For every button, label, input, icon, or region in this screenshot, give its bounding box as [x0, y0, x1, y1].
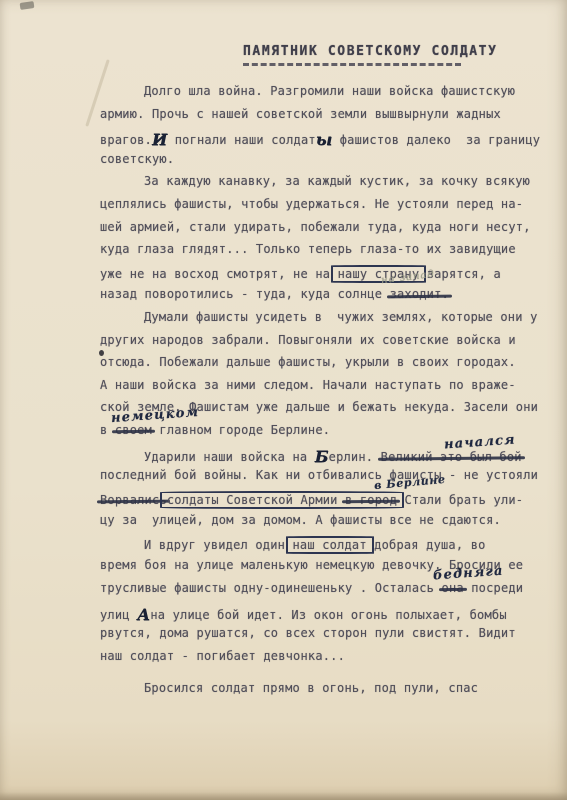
typed-text-segment: трусливые фашисты одну-одинешеньку . Ост…: [100, 581, 442, 595]
typed-text-segment: Долго шла война. Разгромили наши войска …: [144, 84, 515, 98]
typescript-line: шей армией, стали удирать, побежали туда…: [100, 220, 530, 243]
typed-text-segment: шей армией, стали удирать, побежали туда…: [100, 220, 531, 234]
typed-text-segment: Думали фашисты усидеть в чужих землях, к…: [144, 310, 538, 324]
circled-segment: наш солдат: [286, 536, 374, 554]
typed-text-segment: погнали наши солдат: [167, 133, 316, 147]
typed-text-segment: наш солдат - погибает девчонка...: [100, 649, 345, 663]
paragraph: Думали фашисты усидеть в чужих землях, к…: [100, 310, 530, 446]
typescript-line: Думали фашисты усидеть в чужих землях, к…: [100, 310, 530, 333]
typescript-line: цеплялись фашисты, чтобы удержаться. Не …: [100, 197, 530, 220]
edited-fragment: Великий это был бойначался: [381, 450, 522, 464]
typescript-line: трусливые фашисты одну-одинешеньку . Ост…: [100, 581, 530, 604]
typed-text-segment: ерлин.: [329, 450, 381, 464]
typed-text-segment: Ударили наши войска на: [144, 450, 315, 464]
edited-fragment: онабедняга: [442, 581, 464, 595]
typed-text-segment: отсюда. Побежали дальше фашисты, укрыли …: [100, 355, 516, 369]
document-title: ПАМЯТНИК СОВЕТСКОМУ СОЛДАТУ: [243, 44, 498, 59]
edited-fragment: заходит.на запад: [390, 287, 449, 301]
typed-text-segment: армию. Прочь с нашей советской земли выш…: [100, 107, 501, 121]
typescript-line: За каждую канавку, за каждый кустик, за …: [100, 174, 530, 197]
typescript-line: А наши войска за ними следом. Начали нас…: [100, 378, 530, 401]
paragraph: Ударили наши войска на Берлин. Великий э…: [100, 446, 530, 536]
typed-text-segment: других народов забрали. Повыгоняли их со…: [100, 333, 516, 347]
typescript-line: рвутся, дома рушатся, со всех сторон пул…: [100, 626, 530, 649]
document-body: Долго шла война. Разгромили наши войска …: [100, 84, 530, 704]
typed-text-segment: главном городе Берлине.: [152, 423, 330, 437]
typescript-line: Ударили наши войска на Берлин. Великий э…: [100, 446, 530, 469]
typescript-line: куда глаза глядят... Только теперь глаза…: [100, 242, 530, 265]
ink-letter-segment: Б: [315, 447, 329, 466]
typed-text-segment: цу за улицей, дом за домом. А фашисты вс…: [100, 513, 501, 527]
typescript-line: других народов забрали. Повыгоняли их со…: [100, 333, 530, 356]
typescript-line: И вдруг увидел один наш солдат добрая ду…: [100, 536, 530, 559]
ink-letter-segment: ы: [316, 130, 332, 149]
typed-text-segment: цеплялись фашисты, чтобы удержаться. Не …: [100, 197, 523, 211]
typescript-line: Долго шла война. Разгромили наши войска …: [100, 84, 530, 107]
typed-text-segment: И вдруг увидел один: [144, 538, 293, 552]
typescript-line: последний бой войны. Как ни отбивались ф…: [100, 468, 530, 491]
typed-text-segment: рвутся, дома рушатся, со всех сторон пул…: [100, 626, 516, 640]
typescript-line: уже не на восход смотрят, не на нашу стр…: [100, 265, 530, 288]
typed-text-segment: Бросился солдат прямо в огонь, под пули,…: [144, 681, 478, 695]
typed-text-segment: посреди: [464, 581, 523, 595]
ink-letter-segment: И: [152, 130, 167, 149]
struck-segment: она: [442, 581, 464, 595]
typed-text-segment: последний бой войны. Как ни отбивались ф…: [100, 468, 538, 482]
typed-text-segment: уже не на восход смотрят, не на: [100, 267, 338, 281]
title-block: ПАМЯТНИК СОВЕТСКОМУ СОЛДАТУ: [243, 44, 498, 66]
edited-fragment: солдаты Советской Армии в городв Берлине: [167, 491, 397, 509]
circled-segment: солдаты Советской Армии в город: [160, 491, 404, 509]
struck-segment: Ворвались: [100, 493, 167, 507]
title-underline: [243, 63, 461, 66]
typed-text-segment: А наши войска за ними следом. Начали нас…: [100, 378, 516, 392]
typescript-line: назад поворотились - туда, куда солнце з…: [100, 287, 530, 310]
typescript-line: отсюда. Побежали дальше фашисты, укрыли …: [100, 355, 530, 378]
edited-fragment: своемнемецком: [115, 423, 152, 437]
typescript-line: Бросился солдат прямо в огонь, под пули,…: [100, 681, 530, 704]
typed-text-segment: врагов.: [100, 133, 152, 147]
paragraph: И вдруг увидел один наш солдат добрая ду…: [100, 536, 530, 672]
scanned-typescript-page: ПАМЯТНИК СОВЕТСКОМУ СОЛДАТУ Долго шла во…: [0, 0, 567, 800]
typed-text-segment: советскую.: [100, 152, 174, 166]
pencil-corner-mark: [20, 1, 35, 10]
typed-text-segment: назад поворотились - туда, куда солнце: [100, 287, 390, 301]
typed-text-segment: солдаты Советской Армии: [167, 493, 345, 507]
typescript-line: советскую.: [100, 152, 530, 175]
typed-text-segment: За каждую канавку, за каждый кустик, за …: [144, 174, 530, 188]
typescript-line: улиц Ана улице бой идет. Из окон огонь п…: [100, 604, 530, 627]
typed-text-segment: улиц: [100, 608, 137, 622]
paragraph: Долго шла война. Разгромили наши войска …: [100, 84, 530, 174]
typed-text-segment: фашистов далеко за границу: [332, 133, 540, 147]
typescript-line: армию. Прочь с нашей советской земли выш…: [100, 107, 530, 130]
typed-text-segment: на улице бой идет. Из окон огонь полыхае…: [150, 608, 506, 622]
paragraph: За каждую канавку, за каждый кустик, за …: [100, 174, 530, 310]
struck-segment: в город: [345, 493, 397, 507]
typed-text-segment: куда глаза глядят... Только теперь глаза…: [100, 242, 516, 256]
typed-text-segment: Стали брать ули-: [397, 493, 523, 507]
typed-text-segment: добрая душа, во: [367, 538, 486, 552]
paragraph: Бросился солдат прямо в огонь, под пули,…: [100, 681, 530, 704]
typescript-line: врагов.И погнали наши солдаты фашистов д…: [100, 129, 530, 152]
ink-letter-segment: А: [137, 605, 150, 624]
typescript-line: цу за улицей, дом за домом. А фашисты вс…: [100, 513, 530, 536]
typescript-line: Ворвалисьсолдаты Советской Армии в город…: [100, 491, 530, 514]
struck-segment: заходит.: [390, 287, 449, 301]
typescript-line: наш солдат - погибает девчонка...: [100, 649, 530, 672]
